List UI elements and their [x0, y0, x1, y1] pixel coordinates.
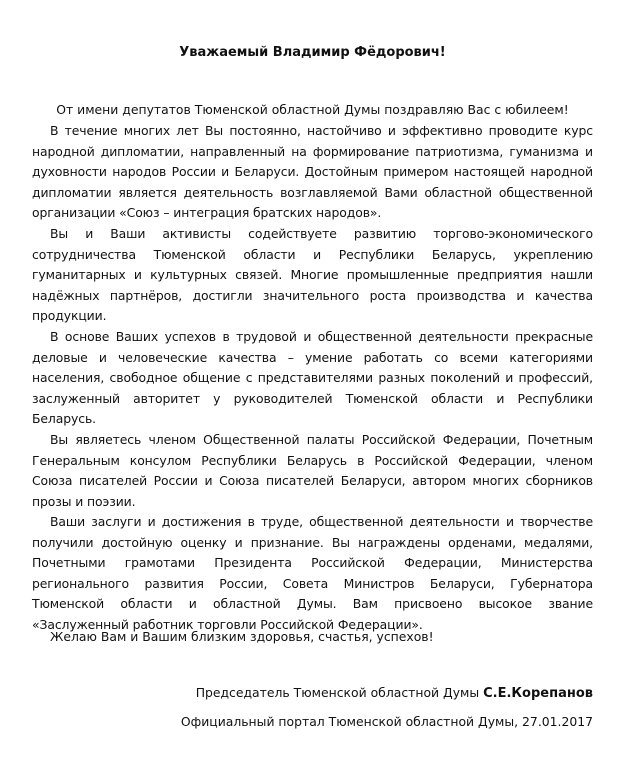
letter-signature: Председатель Тюменской областной Думы С.… — [32, 683, 593, 704]
letter-title: Уважаемый Владимир Фёдорович! — [32, 43, 593, 63]
paragraph-memberships: Вы являетесь членом Общественной палаты … — [32, 430, 593, 512]
letter-wish: Желаю Вам и Вашим близким здоровья, счас… — [32, 627, 593, 647]
paragraph-diplomacy: В течение многих лет Вы постоянно, насто… — [32, 121, 593, 224]
signature-position: Председатель Тюменской областной Думы — [196, 685, 483, 700]
paragraph-qualities: В основе Ваших успехов в трудовой и обще… — [32, 327, 593, 430]
letter-source: Официальный портал Тюменской областной Д… — [32, 712, 593, 732]
paragraph-awards: Ваши заслуги и достижения в труде, общес… — [32, 512, 593, 635]
signature-name: С.Е.Корепанов — [483, 686, 593, 701]
paragraph-cooperation: Вы и Ваши активисты содействуете развити… — [32, 224, 593, 327]
letter-greeting: От имени депутатов Тюменской областной Д… — [32, 100, 593, 120]
